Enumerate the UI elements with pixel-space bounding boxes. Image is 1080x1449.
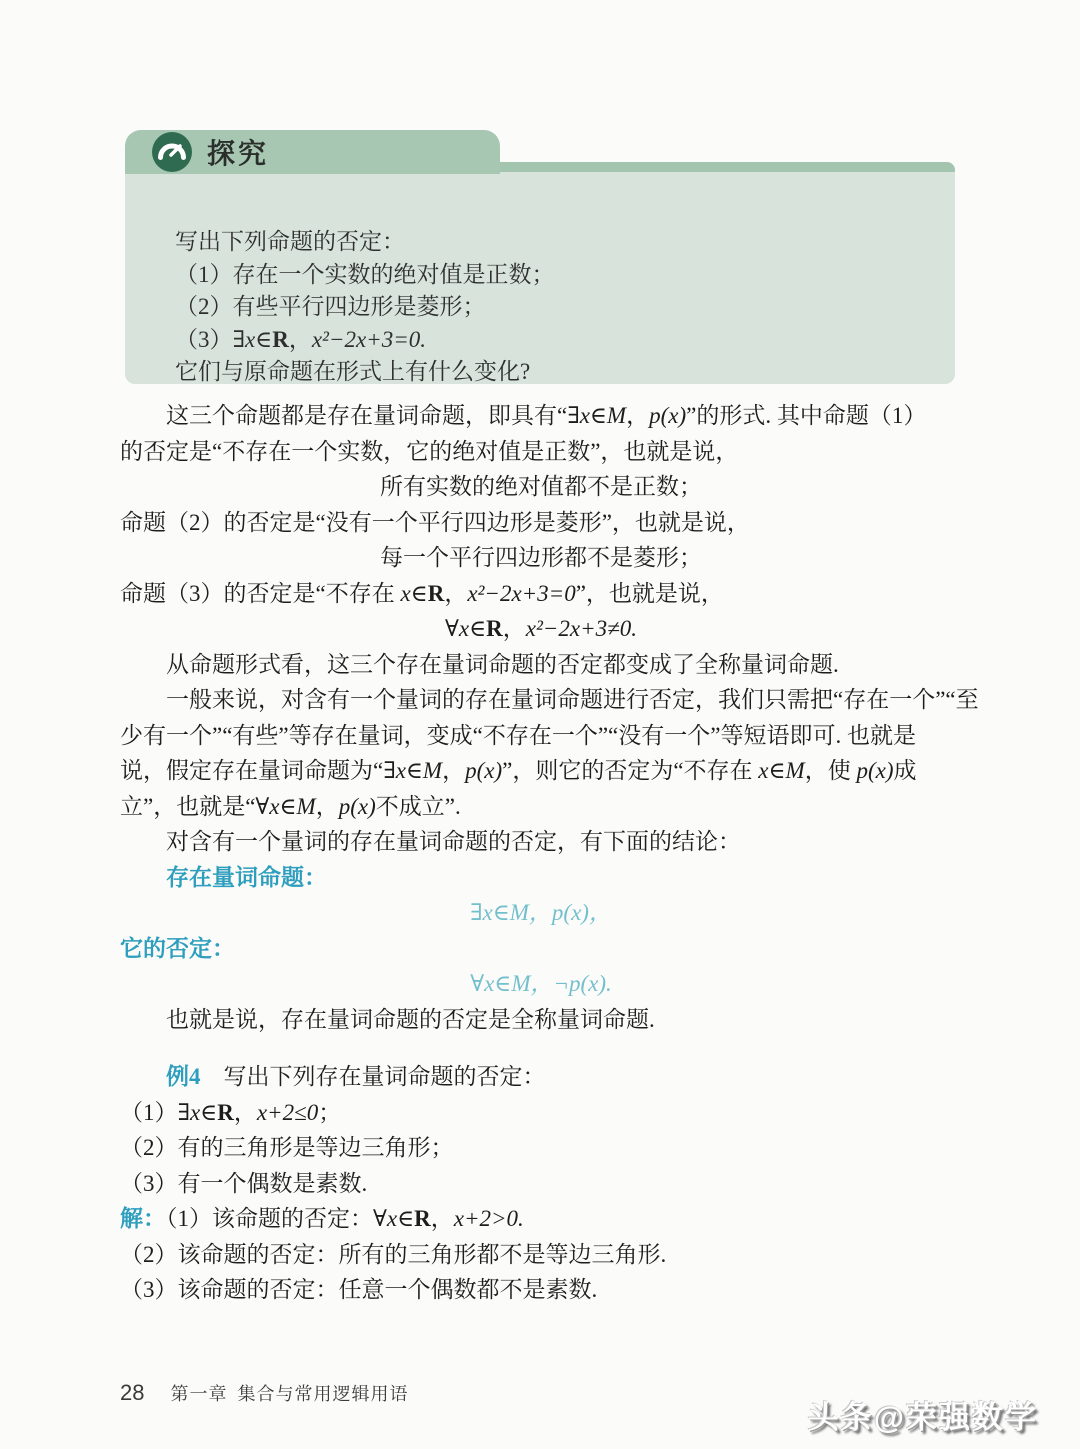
text-segment: ，使 (805, 758, 857, 783)
text-segment: （2）有的三角形是等边三角形； (120, 1135, 454, 1160)
text-segment: 写出下列命题的否定： (175, 229, 405, 254)
text-line: 的否定是“不存在一个实数，它的绝对值是正数”，也就是说， (120, 434, 962, 470)
text-line: 说，假定存在量词命题为“∃x∈M，p(x)”，则它的否定为“不存在 x∈M，使 … (120, 753, 962, 789)
text-segment: （2）该命题的否定：所有的三角形都不是等边三角形. (120, 1242, 666, 1267)
text-segment: ”的形式. 其中命题（1） (686, 403, 926, 428)
text-segment: 对含有一个量词的存在量词命题的否定，有下面的结论： (166, 829, 741, 854)
text-segment: p(x) (339, 794, 376, 819)
text-segment: 不成立”. (376, 794, 461, 819)
text-line: ∃x∈M，p(x)， (120, 895, 962, 931)
text-line: 命题（3）的否定是“不存在 x∈R，x²−2x+3=0”，也就是说， (120, 576, 962, 612)
chapter-label: 第一章集合与常用逻辑用语 (170, 1380, 408, 1406)
explore-box-text: 写出下列命题的否定：（1）存在一个实数的绝对值是正数；（2）有些平行四边形是菱形… (175, 226, 925, 389)
text-segment: 说，假定存在量词命题为“ (120, 758, 383, 783)
text-line: ∀x∈R，x²−2x+3≠0. (120, 611, 962, 647)
text-segment: ∃x∈ (178, 1100, 218, 1125)
text-segment: x²−2x+3≠0. (526, 616, 637, 641)
text-segment: ∀x∈M，¬p(x). (470, 971, 612, 996)
text-segment: p(x) (649, 403, 686, 428)
text-line: （1）存在一个实数的绝对值是正数； (175, 259, 925, 292)
text-segment: x²−2x+3=0. (312, 327, 426, 352)
text-segment: ”，也就是说， (576, 581, 724, 606)
text-segment: x∈ (400, 581, 427, 606)
text-segment: x∈M (758, 758, 804, 783)
text-segment: ， (289, 327, 312, 352)
text-line: 解：（1）该命题的否定：∀x∈R，x+2>0. (120, 1201, 962, 1237)
text-line: 存在量词命题： (120, 860, 962, 896)
text-segment: （2）有些平行四边形是菱形； (175, 294, 486, 319)
text-line: 写出下列命题的否定： (175, 226, 925, 259)
text-segment: 少有一个”“有些”等存在量词，变成“不存在一个”“没有一个”等短语即可. 也就是 (120, 723, 916, 748)
explore-box-body: 写出下列命题的否定：（1）存在一个实数的绝对值是正数；（2）有些平行四边形是菱形… (125, 162, 955, 384)
text-line: （3）该命题的否定：任意一个偶数都不是素数. (120, 1272, 962, 1308)
text-segment: 一般来说，对含有一个量词的存在量词命题进行否定，我们只需把“存在一个”“至 (166, 687, 979, 712)
text-segment: ∃x∈M (383, 758, 442, 783)
text-line: 这三个命题都是存在量词命题，即具有“∃x∈M，p(x)”的形式. 其中命题（1） (120, 398, 962, 434)
text-segment: （1） (120, 1100, 178, 1125)
text-segment: 从命题形式看，这三个存在量词命题的否定都变成了全称量词命题. (166, 652, 839, 677)
text-segment: 它的否定： (120, 936, 235, 961)
text-line: 命题（2）的否定是“没有一个平行四边形是菱形”，也就是说， (120, 505, 962, 541)
text-line: （2）有些平行四边形是菱形； (175, 291, 925, 324)
text-segment: 命题（3）的否定是“不存在 (120, 581, 400, 606)
text-segment: ∃x∈M (567, 403, 626, 428)
text-segment: （3）有一个偶数是素数. (120, 1171, 367, 1196)
body-text: 这三个命题都是存在量词命题，即具有“∃x∈M，p(x)”的形式. 其中命题（1）… (120, 398, 962, 1308)
watermark: 头条@荣强数学 (808, 1392, 1038, 1437)
chapter-title: 集合与常用逻辑用语 (237, 1384, 408, 1404)
text-segment: ， (503, 616, 526, 641)
text-segment: 命题（2）的否定是“没有一个平行四边形是菱形”，也就是说， (120, 510, 750, 535)
text-segment: ∃x∈ (233, 327, 273, 352)
text-segment: （1）存在一个实数的绝对值是正数； (175, 262, 555, 287)
text-segment: 它们与原命题在形式上有什么变化? (175, 359, 530, 384)
text-segment: ， (444, 581, 467, 606)
text-segment: p(x) (465, 758, 502, 783)
chapter-number: 第一章 (170, 1384, 227, 1404)
text-line: 立”，也就是“∀x∈M，p(x)不成立”. (120, 789, 962, 825)
text-segment: x+2≤0 (257, 1100, 318, 1125)
text-line: 也就是说，存在量词命题的否定是全称量词命题. (120, 1002, 962, 1038)
text-segment: 每一个平行四边形都不是菱形； (380, 545, 702, 570)
text-segment: ； (318, 1100, 341, 1125)
explore-gauge-icon (151, 131, 193, 173)
text-segment: 这三个命题都是存在量词命题，即具有“ (166, 403, 567, 428)
text-line: （2）该命题的否定：所有的三角形都不是等边三角形. (120, 1237, 962, 1273)
text-segment: 解： (120, 1206, 166, 1231)
text-segment: ， (626, 403, 649, 428)
explore-tab-label: 探究 (207, 132, 269, 172)
text-segment: （3）该命题的否定：任意一个偶数都不是素数. (120, 1277, 597, 1302)
text-line: （1）∃x∈R，x+2≤0； (120, 1095, 962, 1131)
text-line: ∀x∈M，¬p(x). (120, 966, 962, 1002)
text-line: 一般来说，对含有一个量词的存在量词命题进行否定，我们只需把“存在一个”“至 (120, 682, 962, 718)
text-segment: 的否定是“不存在一个实数，它的绝对值是正数”，也就是说， (120, 439, 738, 464)
text-segment: 也就是说，存在量词命题的否定是全称量词命题. (166, 1007, 655, 1032)
text-segment: 例4 (166, 1064, 201, 1089)
text-segment: ， (234, 1100, 257, 1125)
text-line: 它们与原命题在形式上有什么变化? (175, 356, 925, 389)
text-segment: ∀x∈ (373, 1206, 414, 1231)
text-line: 从命题形式看，这三个存在量词命题的否定都变成了全称量词命题. (120, 647, 962, 683)
text-segment: 存在量词命题： (166, 865, 327, 890)
text-segment: ”，则它的否定为“不存在 (502, 758, 758, 783)
text-segment: 立”，也就是“ (120, 794, 255, 819)
text-segment: （3） (175, 327, 233, 352)
text-segment: ∃x∈M，p(x)， (470, 900, 612, 925)
text-line: 每一个平行四边形都不是菱形； (120, 540, 962, 576)
text-line: 例4 写出下列存在量词命题的否定： (120, 1059, 962, 1095)
text-segment: x+2>0. (454, 1206, 524, 1231)
text-line: （2）有的三角形是等边三角形； (120, 1130, 962, 1166)
text-segment: R (428, 581, 445, 606)
text-segment: 成 (893, 758, 916, 783)
text-line: 所有实数的绝对值都不是正数； (120, 469, 962, 505)
text-segment: R (414, 1206, 431, 1231)
text-segment: 所有实数的绝对值都不是正数； (380, 474, 702, 499)
text-segment: ∀x∈M (255, 794, 315, 819)
text-line: （3）∃x∈R，x²−2x+3=0. (175, 324, 925, 357)
text-segment: ， (431, 1206, 454, 1231)
text-segment: ， (442, 758, 465, 783)
page-number: 28 (120, 1380, 144, 1406)
text-line: （3）有一个偶数是素数. (120, 1166, 962, 1202)
text-segment: R (486, 616, 503, 641)
explore-tab: 探究 (125, 130, 500, 174)
text-line: 它的否定： (120, 931, 962, 967)
text-segment: （1）该命题的否定： (166, 1206, 373, 1231)
text-segment: R (217, 1100, 234, 1125)
text-segment: 写出下列存在量词命题的否定： (201, 1064, 546, 1089)
text-line: 少有一个”“有些”等存在量词，变成“不存在一个”“没有一个”等短语即可. 也就是 (120, 718, 962, 754)
text-segment: ， (316, 794, 339, 819)
page-footer: 28 第一章集合与常用逻辑用语 (120, 1380, 408, 1406)
text-segment: ∀x∈ (445, 616, 486, 641)
text-line: 对含有一个量词的存在量词命题的否定，有下面的结论： (120, 824, 962, 860)
text-segment: R (272, 327, 289, 352)
text-segment: p(x) (856, 758, 893, 783)
text-segment: x²−2x+3=0 (467, 581, 575, 606)
